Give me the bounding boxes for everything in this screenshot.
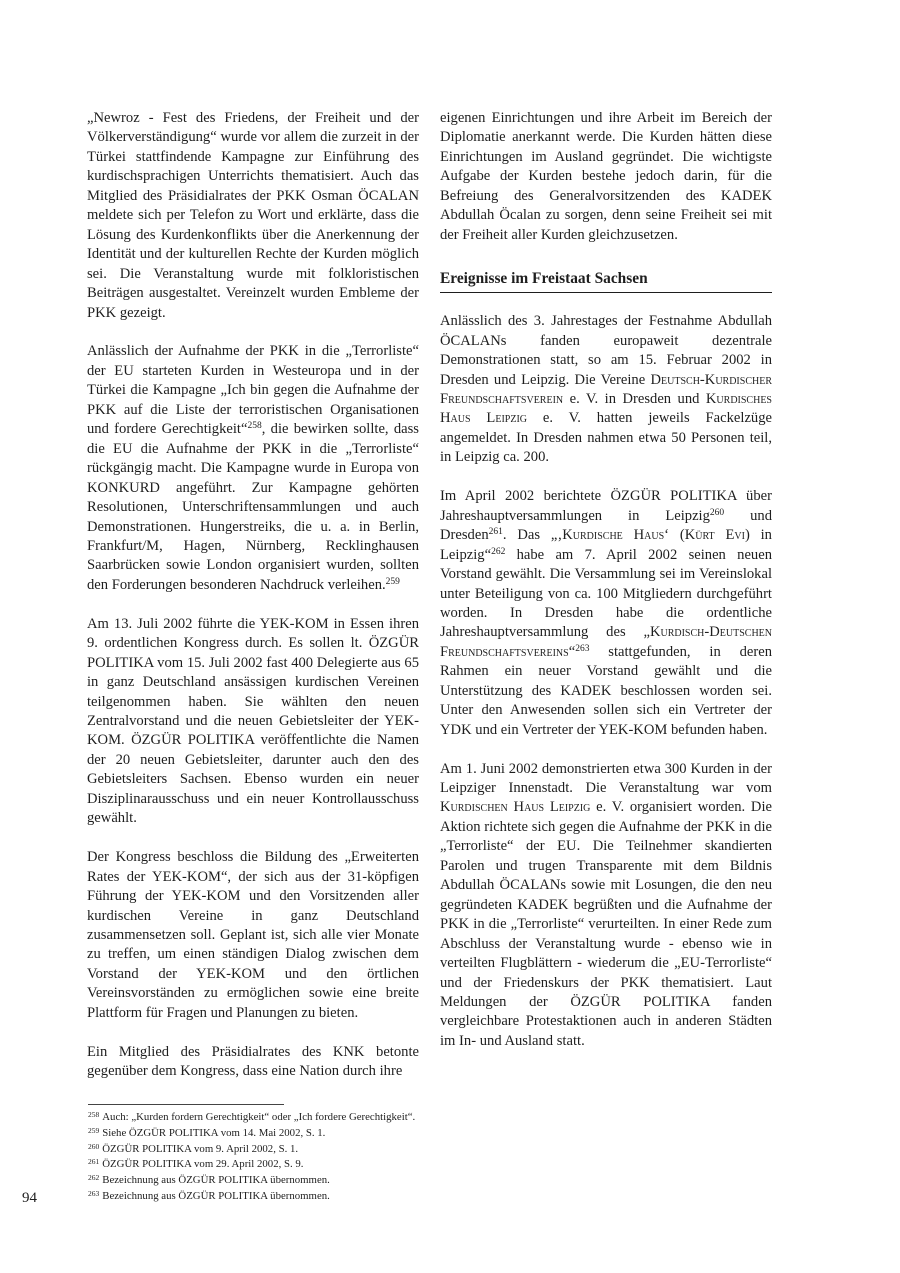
paragraph-erweiterter-rat: Der Kongress beschloss die Bildung des „…: [87, 848, 419, 1023]
footnote-reference: 260: [710, 508, 724, 518]
footnote-text: ÖZGÜR POLITIKA vom 29. April 2002, S. 9.: [102, 1158, 303, 1170]
paragraph-demonstration-leipzig: Am 1. Juni 2002 demonstrierten etwa 300 …: [440, 760, 772, 1052]
footnote-262: 262Bezeichnung aus ÖZGÜR POLITIKA überno…: [88, 1173, 415, 1189]
footnote-text: Siehe ÖZGÜR POLITIKA vom 14. Mai 2002, S…: [102, 1127, 325, 1139]
footnotes: 258Auch: „Kurden fordern Gerechtigkeit“ …: [88, 1110, 415, 1205]
footnote-number: 258: [88, 1110, 99, 1119]
footnote-number: 262: [88, 1173, 99, 1182]
organization-name: Kurdischen Haus Leipzig: [440, 799, 590, 815]
paragraph-newroz: „Newroz - Fest des Friedens, der Freihei…: [87, 109, 419, 323]
footnote-number: 260: [88, 1142, 99, 1151]
footnote-reference: 259: [386, 577, 400, 587]
paragraph-knk-mitglied: Ein Mitglied des Präsidialrates des KNK …: [87, 1043, 419, 1082]
organization-name: Kürt Evi: [685, 527, 745, 543]
footnote-261: 261ÖZGÜR POLITIKA vom 29. April 2002, S.…: [88, 1157, 415, 1173]
footnote-number: 259: [88, 1126, 99, 1135]
footnote-text: Auch: „Kurden fordern Gerechtigkeit“ ode…: [102, 1111, 415, 1123]
paragraph-jahrestag-festnahme: Anlässlich des 3. Jahrestages der Festna…: [440, 312, 772, 468]
footnote-number: 261: [88, 1157, 99, 1166]
footnote-259: 259Siehe ÖZGÜR POLITIKA vom 14. Mai 2002…: [88, 1126, 415, 1142]
section-heading: Ereignisse im Freistaat Sachsen: [440, 269, 772, 293]
footnote-number: 263: [88, 1189, 99, 1198]
footnote-text: Bezeichnung aus ÖZGÜR POLITIKA übernomme…: [102, 1174, 330, 1186]
paragraph-terrorliste-kampagne: Anlässlich der Aufnahme der PKK in die „…: [87, 342, 419, 595]
paragraph-continuation: eigenen Einrichtungen und ihre Arbeit im…: [440, 109, 772, 245]
footnote-reference: 262: [491, 547, 505, 557]
heading-spacer: [440, 293, 772, 312]
footnote-263: 263Bezeichnung aus ÖZGÜR POLITIKA überno…: [88, 1189, 415, 1205]
footnote-reference: 258: [247, 421, 261, 431]
organization-name: Kurdisch-Deutschen Freundschaftsvereins: [440, 624, 772, 659]
footnote-reference: 261: [489, 527, 503, 537]
paragraph-yek-kom-kongress: Am 13. Juli 2002 führte die YEK-KOM in E…: [87, 615, 419, 829]
organization-name: Kurdische Haus: [562, 527, 664, 543]
footnote-divider: [88, 1104, 284, 1105]
footnote-258: 258Auch: „Kurden fordern Gerechtigkeit“ …: [88, 1110, 415, 1126]
page-number: 94: [22, 1190, 37, 1207]
right-column: eigenen Einrichtungen und ihre Arbeit im…: [440, 109, 772, 1051]
paragraph-jahreshauptversammlungen: Im April 2002 berichtete ÖZGÜR POLITIKA …: [440, 487, 772, 740]
left-column: „Newroz - Fest des Friedens, der Freihei…: [87, 109, 419, 1082]
footnote-text: ÖZGÜR POLITIKA vom 9. April 2002, S. 1.: [102, 1143, 298, 1155]
footnote-260: 260ÖZGÜR POLITIKA vom 9. April 2002, S. …: [88, 1142, 415, 1158]
footnote-text: Bezeichnung aus ÖZGÜR POLITIKA übernomme…: [102, 1190, 330, 1202]
footnote-reference: 263: [575, 644, 589, 654]
